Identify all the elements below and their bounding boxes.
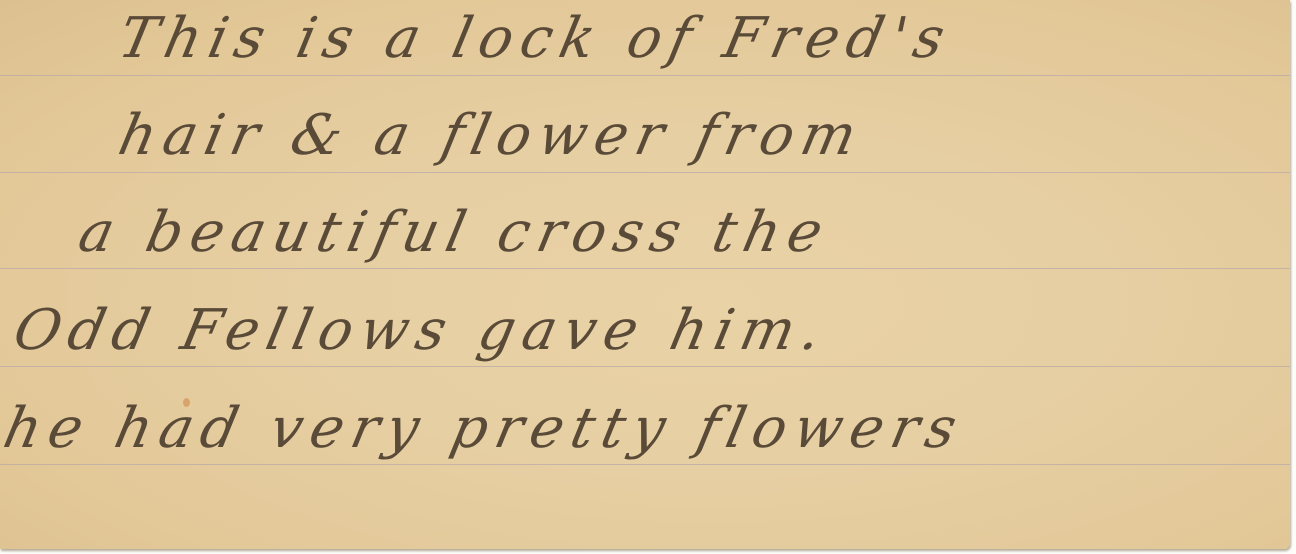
ruled-line — [0, 268, 1290, 269]
handwriting-line-1: This is a lock of Fred's — [113, 6, 958, 71]
ruled-line — [0, 172, 1290, 173]
ruled-line — [0, 366, 1290, 367]
ruled-line — [0, 464, 1290, 465]
paper-sheet: This is a lock of Fred's hair & a flower… — [0, 0, 1290, 549]
handwriting-line-5: he had very pretty flowers — [0, 396, 970, 461]
handwriting-line-4: Odd Fellows gave him. — [8, 298, 835, 363]
handwriting-line-2: hair & a flower from — [113, 103, 870, 168]
ruled-line — [0, 75, 1290, 76]
handwriting-line-3: a beautiful cross the — [73, 200, 836, 265]
